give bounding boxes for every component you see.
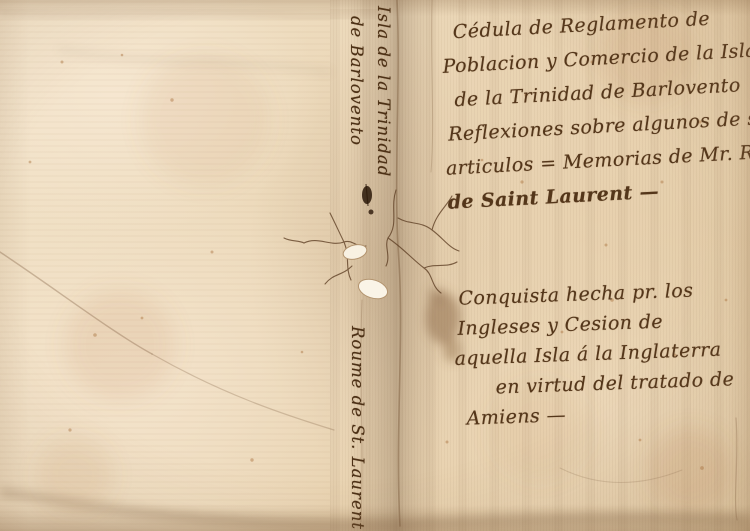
spine-line: Isla de la Trinidad [370, 6, 397, 196]
docket-title-block: Cédula de Reglamento de Poblacion y Come… [438, 0, 750, 220]
bottom-edge-shadow [0, 492, 750, 525]
spine-line: de Barlovento [343, 6, 370, 196]
spine-title-lower: Roume de St. Laurent [344, 326, 371, 526]
conquest-note-block: Conquista hecha pr. los Ingleses y Cesio… [452, 274, 736, 434]
paper-holes [342, 242, 390, 302]
paper-texture-left [0, 0, 330, 531]
worm-tracks [284, 190, 459, 293]
spine-title-upper: Isla de la Trinidad de Barlovento [343, 6, 397, 196]
spine-line: Roume de St. Laurent [344, 326, 371, 526]
paper-sheet: Cédula de Reglamento de Poblacion y Come… [0, 0, 750, 531]
manuscript-scan: Cédula de Reglamento de Poblacion y Come… [0, 0, 750, 531]
